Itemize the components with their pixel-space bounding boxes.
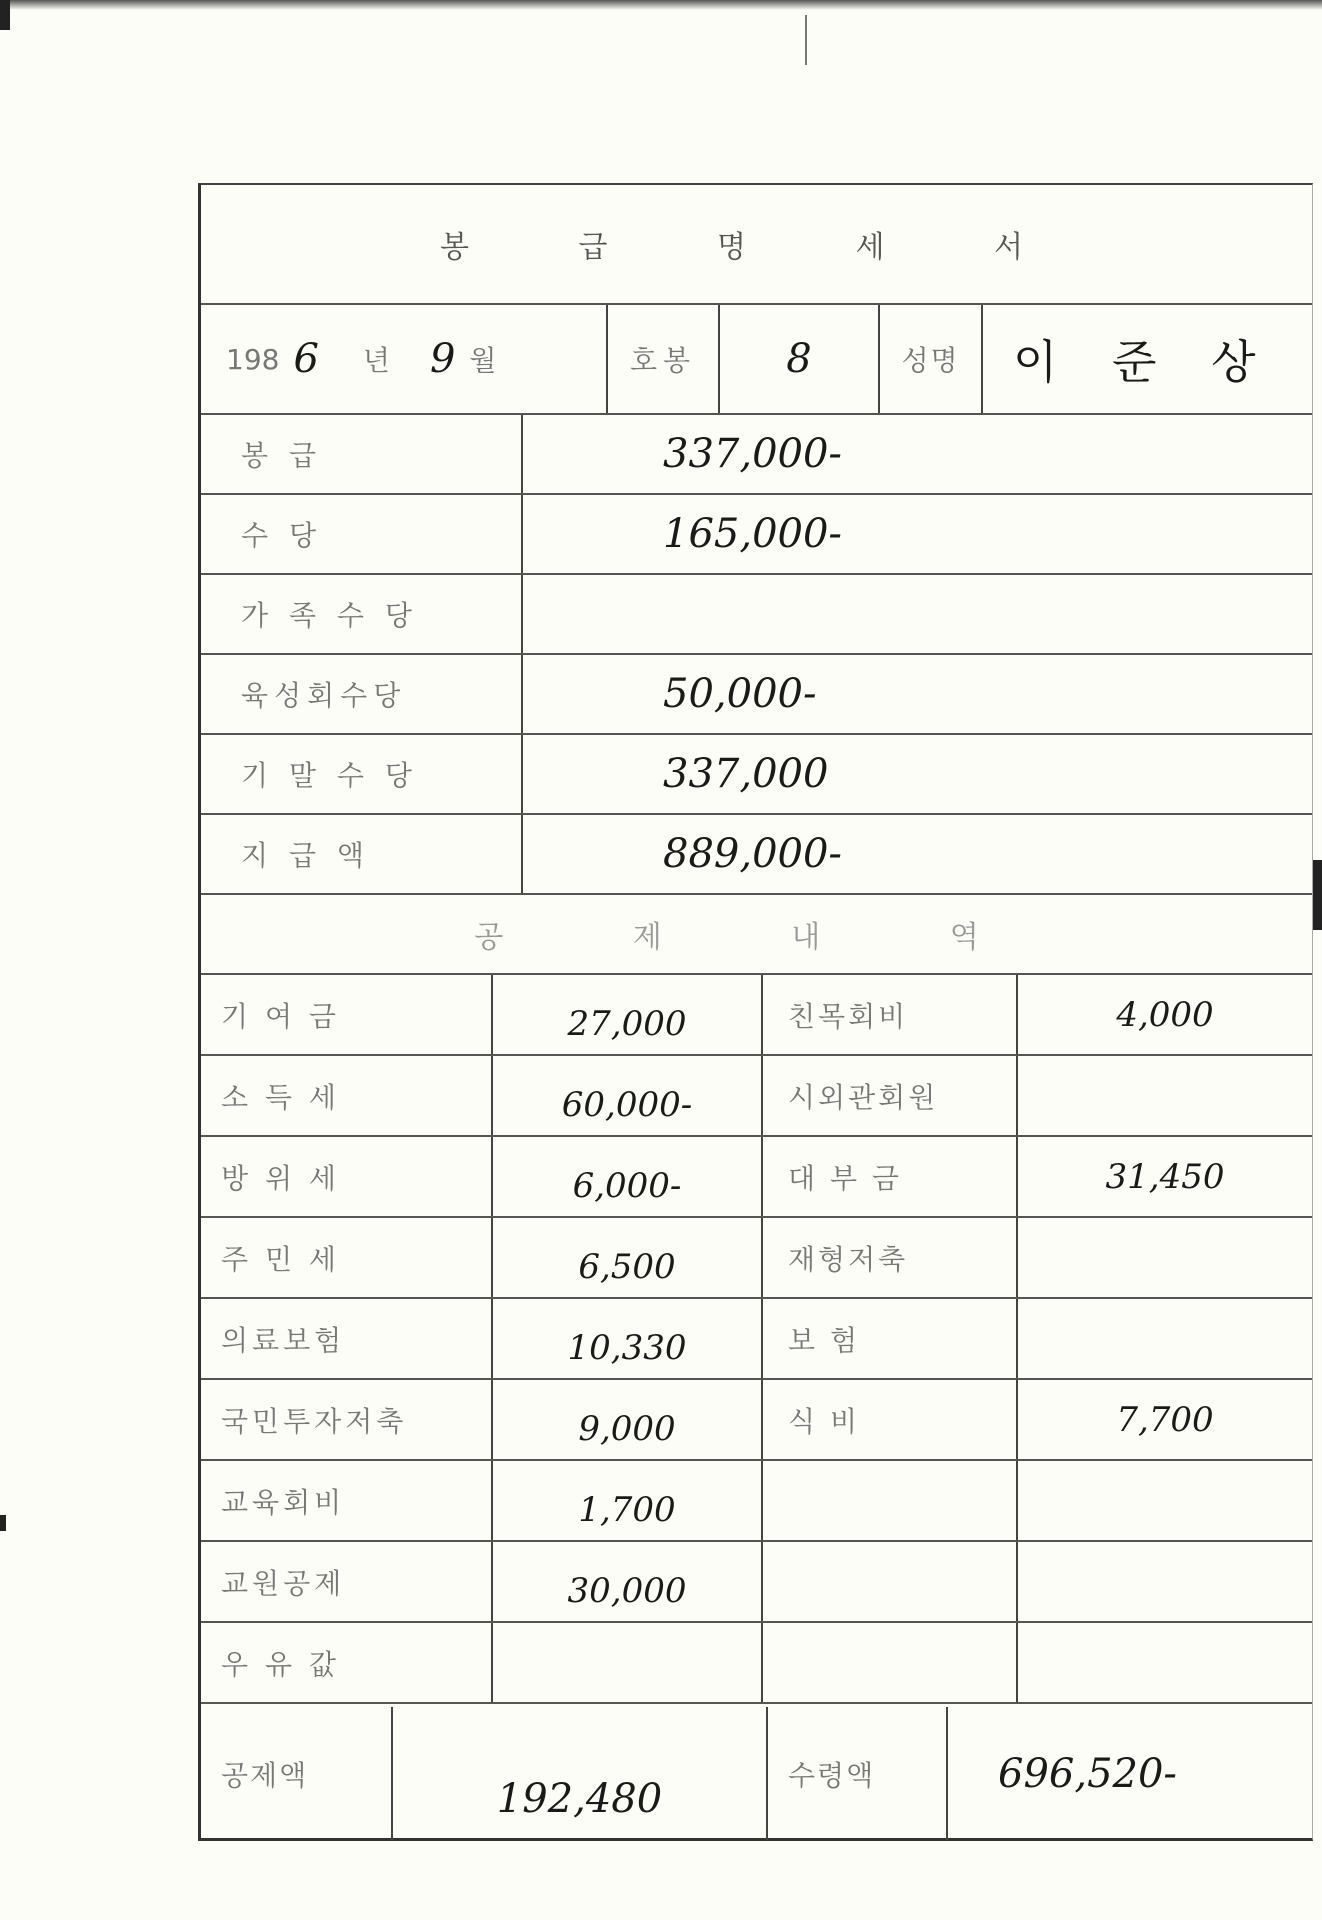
earnings-label: 지 급 액	[201, 815, 521, 893]
deduction-label-right: 식 비	[761, 1380, 1016, 1459]
title-row: 봉 급 명 세 서	[201, 185, 1312, 305]
deduction-value-right	[1016, 1461, 1312, 1540]
deduction-value-left	[491, 1623, 761, 1702]
scan-edge-left	[0, 0, 10, 30]
earnings-value: 889,000-	[521, 815, 1312, 893]
earnings-row: 육성회수당50,000-	[201, 655, 1312, 735]
deduction-row: 교육회비1,700	[201, 1461, 1312, 1542]
earnings-value: 337,000	[521, 735, 1312, 813]
net-pay-value: 696,520-	[946, 1707, 1312, 1840]
earnings-label: 육성회수당	[201, 655, 521, 733]
grade-label: 호봉	[606, 305, 718, 413]
deduction-row: 국민투자저축9,000식 비7,700	[201, 1380, 1312, 1461]
deduction-label-left: 교원공제	[201, 1542, 491, 1621]
deduction-value-left: 27,000	[491, 975, 761, 1054]
earnings-value: 337,000-	[521, 415, 1312, 493]
year-unit: 년	[363, 339, 396, 379]
deduction-row: 우 유 값	[201, 1623, 1312, 1704]
month-unit: 월	[469, 339, 502, 379]
deduction-value-right: 31,450	[1016, 1137, 1312, 1216]
deduction-label-right: 친목회비	[761, 975, 1016, 1054]
earnings-value: 50,000-	[521, 655, 1312, 733]
totals-row: 공제액 192,480 수령액 696,520-	[201, 1707, 1312, 1840]
deductions-title: 공 제 내 역	[201, 895, 1312, 973]
deduction-row: 주 민 세6,500재형저축	[201, 1218, 1312, 1299]
earnings-value: 165,000-	[521, 495, 1312, 573]
deduction-value-right	[1016, 1623, 1312, 1702]
deduction-value-right	[1016, 1542, 1312, 1621]
earnings-row: 가 족 수 당	[201, 575, 1312, 655]
pay-statement-form: 봉 급 명 세 서 198 6 년 9 월 호봉 8 성명 이 준 상 봉 급3…	[198, 183, 1313, 1841]
deduction-label-left: 의료보험	[201, 1299, 491, 1378]
deduction-value-left: 6,000-	[491, 1137, 761, 1216]
earnings-label: 기 말 수 당	[201, 735, 521, 813]
header-row: 198 6 년 9 월 호봉 8 성명 이 준 상	[201, 305, 1312, 415]
deduction-value-right: 4,000	[1016, 975, 1312, 1054]
fold-mark	[805, 15, 807, 65]
deduction-value-left: 10,330	[491, 1299, 761, 1378]
net-pay-label: 수령액	[766, 1707, 946, 1840]
deduction-row: 기 여 금27,000친목회비4,000	[201, 975, 1312, 1056]
deduction-row: 교원공제30,000	[201, 1542, 1312, 1623]
scan-edge-top	[0, 0, 1322, 10]
deduction-label-right: 재형저축	[761, 1218, 1016, 1297]
deduction-label-right	[761, 1623, 1016, 1702]
deduction-value-right	[1016, 1056, 1312, 1135]
deduction-row: 소 득 세60,000-시외관회원	[201, 1056, 1312, 1137]
deduction-label-left: 교육회비	[201, 1461, 491, 1540]
deduction-label-right: 시외관회원	[761, 1056, 1016, 1135]
deduction-value-left: 30,000	[491, 1542, 761, 1621]
earnings-label: 가 족 수 당	[201, 575, 521, 653]
name-label: 성명	[878, 305, 981, 413]
deductions-title-row: 공 제 내 역	[201, 895, 1312, 975]
form-title: 봉 급 명 세 서	[201, 185, 1312, 303]
deduction-value-right	[1016, 1218, 1312, 1297]
year-prefix: 198	[226, 343, 279, 376]
scan-mark-left	[0, 1515, 6, 1531]
month-value: 9	[430, 336, 455, 382]
deduction-row: 의료보험10,330보 험	[201, 1299, 1312, 1380]
deduction-label-right	[761, 1461, 1016, 1540]
deduction-label-left: 소 득 세	[201, 1056, 491, 1135]
deduction-label-right: 대 부 금	[761, 1137, 1016, 1216]
grade-value: 8	[718, 305, 878, 413]
deduction-total-value: 192,480	[391, 1707, 766, 1840]
date-cell: 198 6 년 9 월	[201, 305, 606, 413]
earnings-row: 수 당165,000-	[201, 495, 1312, 575]
deduction-value-left: 6,500	[491, 1218, 761, 1297]
deduction-value-left: 60,000-	[491, 1056, 761, 1135]
deduction-label-left: 우 유 값	[201, 1623, 491, 1702]
name-value: 이 준 상	[981, 305, 1312, 413]
deduction-label-left: 방 위 세	[201, 1137, 491, 1216]
deduction-row: 방 위 세6,000-대 부 금31,450	[201, 1137, 1312, 1218]
earnings-row: 기 말 수 당337,000	[201, 735, 1312, 815]
earnings-label: 수 당	[201, 495, 521, 573]
deduction-label-right: 보 험	[761, 1299, 1016, 1378]
deduction-label-left: 주 민 세	[201, 1218, 491, 1297]
deduction-value-left: 1,700	[491, 1461, 761, 1540]
deduction-total-label: 공제액	[201, 1707, 391, 1840]
year-digit: 6	[293, 336, 318, 382]
earnings-row: 지 급 액889,000-	[201, 815, 1312, 895]
deduction-value-right	[1016, 1299, 1312, 1378]
deduction-value-right: 7,700	[1016, 1380, 1312, 1459]
deduction-label-left: 국민투자저축	[201, 1380, 491, 1459]
deduction-value-left: 9,000	[491, 1380, 761, 1459]
earnings-value	[521, 575, 1312, 653]
deduction-label-right	[761, 1542, 1016, 1621]
scan-mark-right	[1312, 860, 1322, 930]
deduction-label-left: 기 여 금	[201, 975, 491, 1054]
earnings-row: 봉 급337,000-	[201, 415, 1312, 495]
earnings-label: 봉 급	[201, 415, 521, 493]
